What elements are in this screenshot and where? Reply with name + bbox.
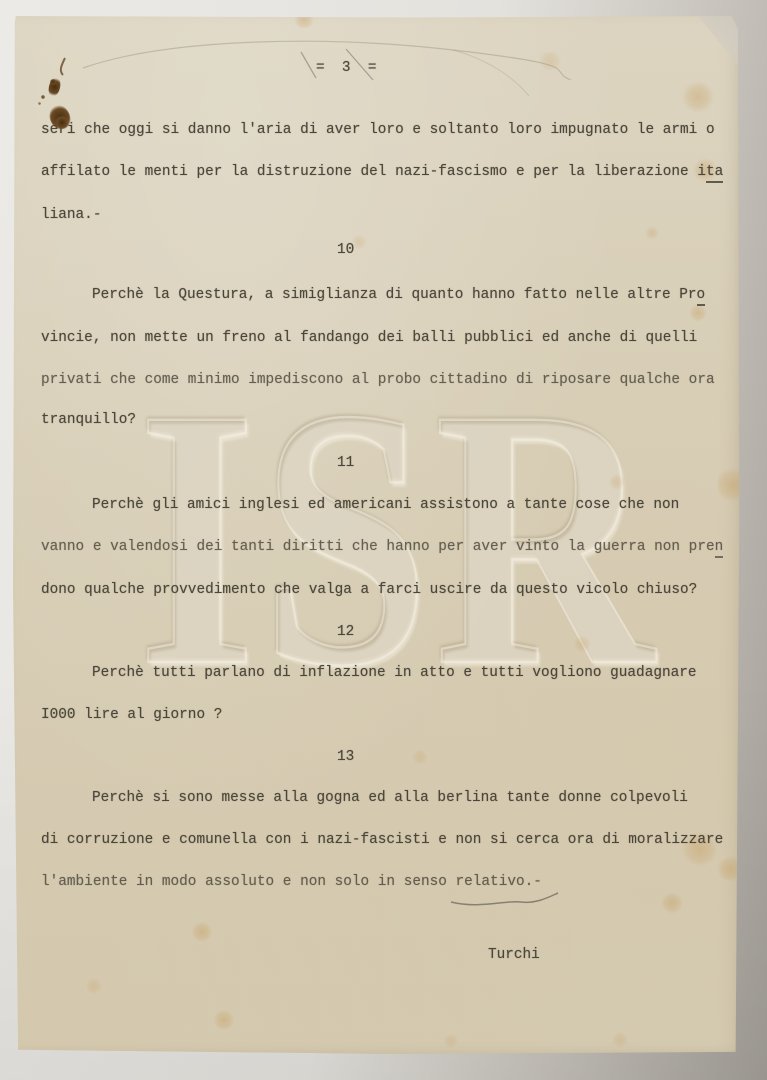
document-page: ISR = 3 = seri che oggi si danno l'aria … bbox=[13, 16, 740, 1055]
pencil-and-crease-marks bbox=[13, 16, 740, 1055]
photo-background: ISR = 3 = seri che oggi si danno l'aria … bbox=[0, 0, 767, 1080]
